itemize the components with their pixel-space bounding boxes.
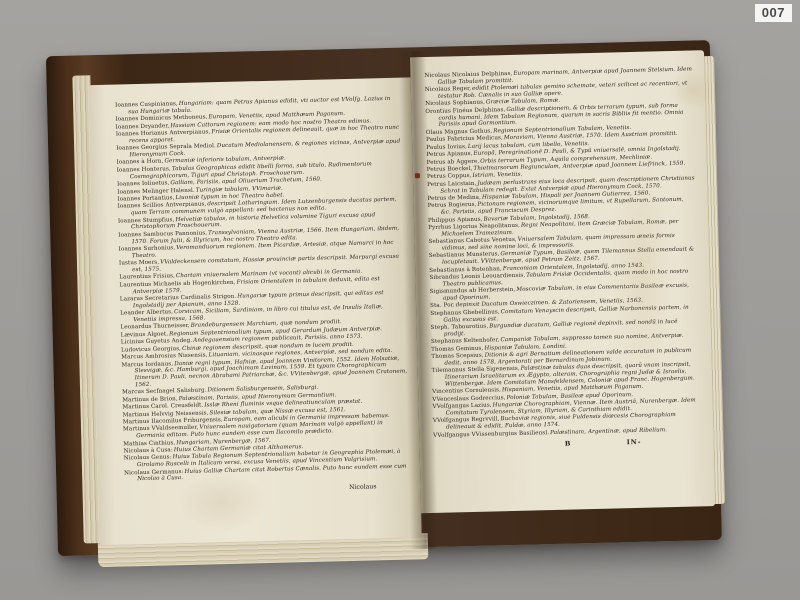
author-name: Martinus de Brion, xyxy=(122,396,178,403)
author-name: Mathias Cinthius, xyxy=(123,440,175,447)
photo-number-label: 007 xyxy=(755,4,792,22)
left-page: Ioannes Cuspinianus,Hungariam: quam Petr… xyxy=(89,77,422,545)
author-name: Ioannes Melinger Halensl. xyxy=(117,187,195,195)
author-name: Marcus Ambrosius Nissensis, xyxy=(121,353,207,361)
author-name: Sta. Por. xyxy=(430,303,455,310)
entry-description: Græciæ Tabulam, Romæ. xyxy=(486,98,560,106)
author-name: Steph. Tabourotius, xyxy=(431,324,489,331)
signature-mark: B xyxy=(565,440,571,448)
author-name: Ludovicus Georgius, xyxy=(121,346,181,353)
author-name: Ioannes Dominicus Methoneus, xyxy=(115,115,207,123)
author-name: Nicolaus à Cusa: xyxy=(124,447,173,454)
catchword: Nicolaus xyxy=(125,483,411,497)
author-name: Ioannes Honterus, xyxy=(117,166,171,173)
author-name: Laurentius Frisius, xyxy=(119,274,175,281)
author-name: Petrus Laicstain, xyxy=(427,181,476,188)
author-name: Ioannes Ioliuetus, xyxy=(117,180,170,187)
author-name: Lævinus Algoet, xyxy=(121,331,169,338)
author-name: Marcus Secfnagel Salisburg. xyxy=(122,388,207,396)
author-name: Leonardus Thurneisser, xyxy=(120,323,189,331)
red-annotation-mark xyxy=(415,173,420,178)
author-name: Ioannes Portantius, xyxy=(117,195,174,202)
open-book: Ioannes Cuspinianus,Hungariam: quam Petr… xyxy=(46,30,731,574)
author-name: Petrus ab Aggere, xyxy=(427,158,480,165)
author-name: Paulus Fabricius Medicus, xyxy=(426,135,503,143)
author-name: Petrus Coppus, xyxy=(427,173,472,180)
author-name: Ioannes Surhonius, xyxy=(119,245,176,252)
author-name: Nicolaus Sophianus, xyxy=(425,100,485,107)
photo-background: 007 Ioannes Cuspinianus,Hungariam: quam … xyxy=(0,0,800,600)
author-name: Petrus Boeckel, xyxy=(427,166,473,173)
author-name: Iustus Moers, xyxy=(119,260,159,267)
author-name: Sebastianus à Rotenhan, xyxy=(429,266,502,274)
author-name: Paulus Iovius, xyxy=(426,144,467,151)
left-page-entry-list: Ioannes Cuspinianus,Hungariam: quam Petr… xyxy=(115,96,410,484)
author-name: Olaus Magnus Gothus, xyxy=(426,128,493,136)
author-name: Vincentius Corsulensis, xyxy=(432,388,501,396)
author-name: Ioannes à Horn, xyxy=(116,159,163,166)
signature-line: B IN- xyxy=(433,437,701,452)
author-name: Sibrandus Leonis Leouardiensis, xyxy=(429,273,525,281)
author-name: Licinius Guyetus Andeg. xyxy=(121,338,192,346)
author-name: Ioannes Horianus Antverpianus, xyxy=(116,129,211,137)
right-page: Nicolaus Nicolaius Delphinas,Europam mar… xyxy=(410,50,715,513)
entry-description: Istriam, Venetiis. xyxy=(472,172,522,179)
author-name: Philippus Apianus, xyxy=(428,216,483,223)
catchword: IN- xyxy=(627,438,642,446)
right-page-entry-list: Nicolaus Nicolaius Delphinas,Europam mar… xyxy=(424,66,701,439)
author-name: Petrus de Medina, xyxy=(427,195,481,202)
author-name: Ioannes Dryander, xyxy=(116,123,170,130)
author-name: Thomas Geminus, xyxy=(431,345,483,352)
author-name: Petrus Apianus, xyxy=(426,151,472,158)
author-name: Stephanus Keltenhofer, xyxy=(431,338,500,346)
